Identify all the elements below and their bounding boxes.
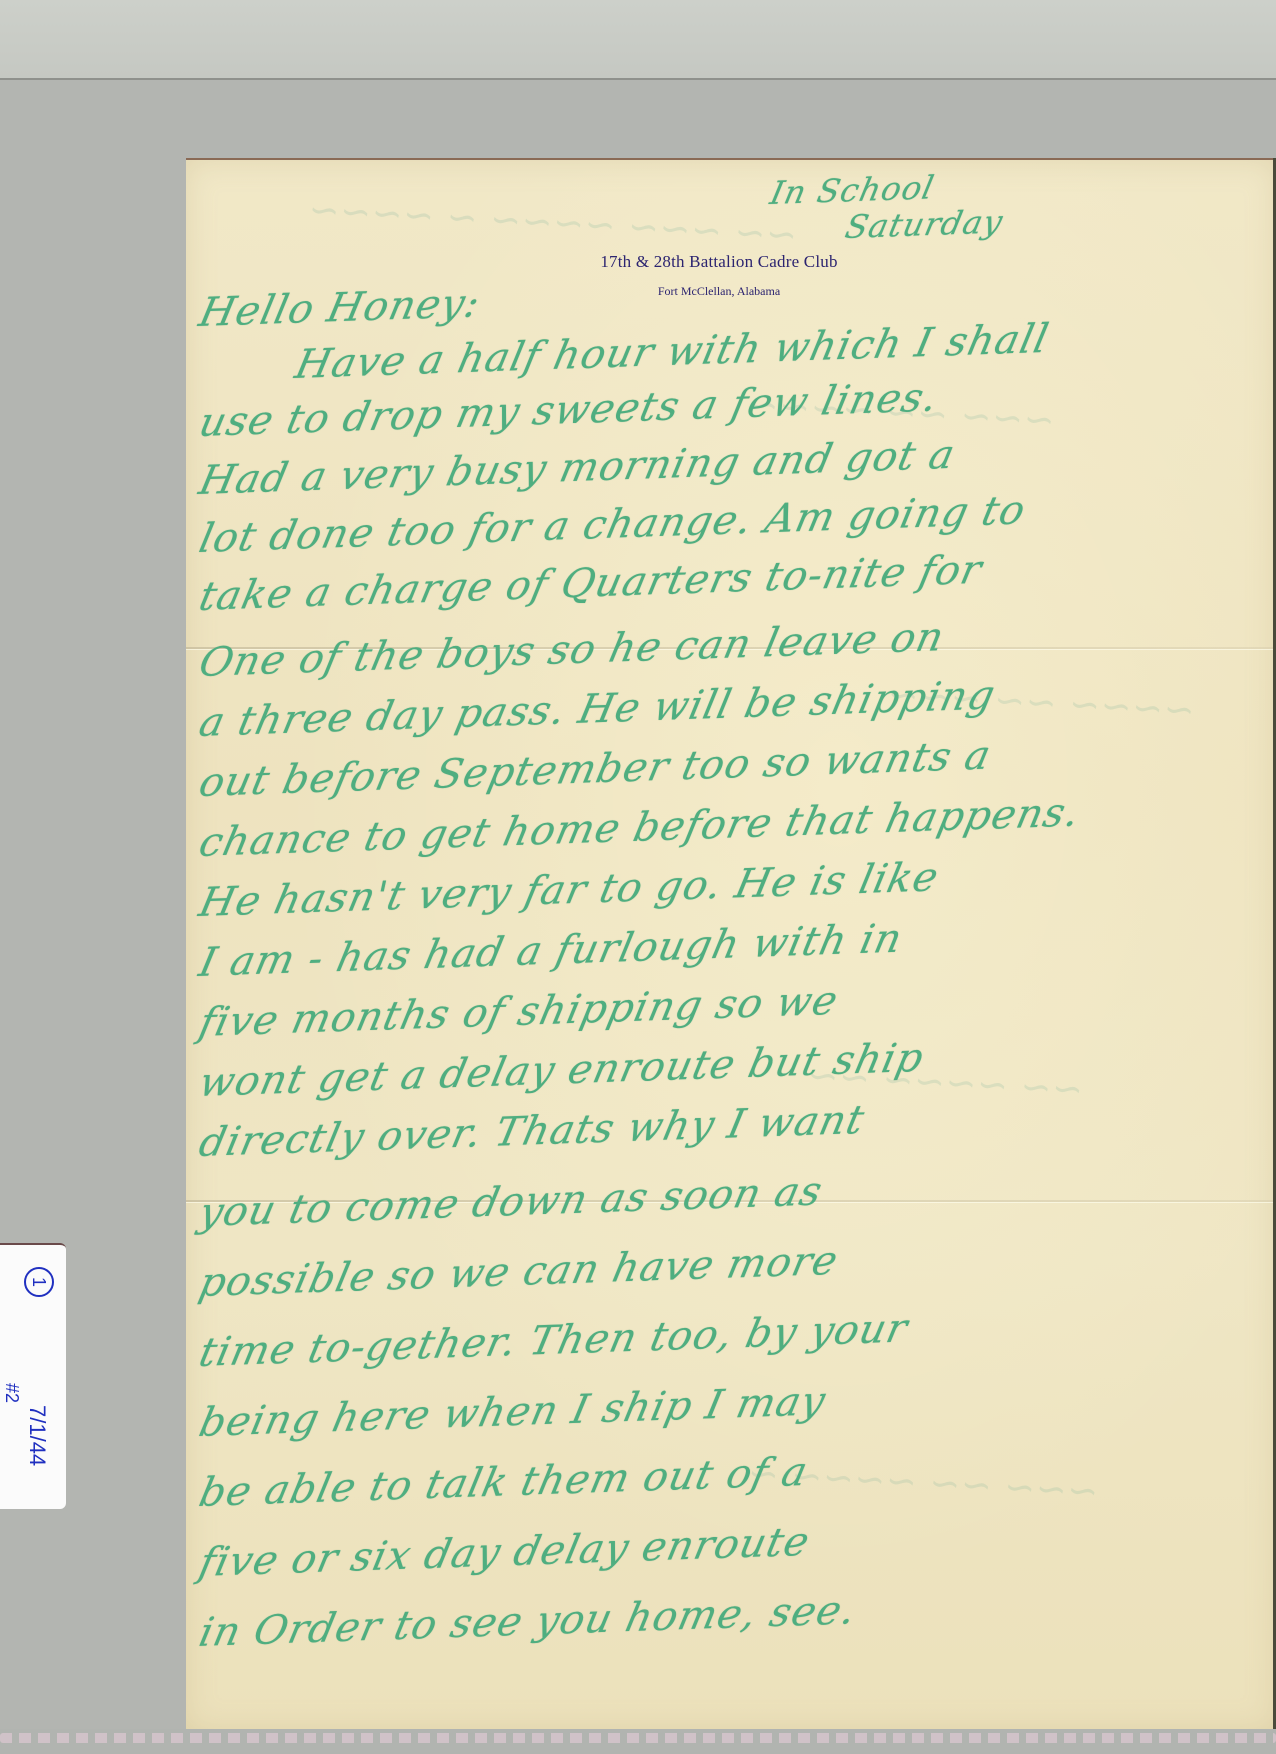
archive-date: 7/1/44 xyxy=(24,1405,50,1466)
letter-line: being here when I ship I may xyxy=(195,1378,830,1446)
header-day: Saturday xyxy=(842,203,1007,246)
archive-label-card: 1 7/1/44 #2 xyxy=(0,1243,66,1509)
letter-line: One of the boys so he can leave on xyxy=(195,614,948,686)
page-number: 1 xyxy=(24,1267,54,1297)
letter-line: a three day pass. He will be shipping xyxy=(195,673,1000,746)
letter-line: I am - has had a furlough with in xyxy=(195,916,907,986)
letter-line: be able to talk them out of a xyxy=(195,1449,812,1516)
scanner-top-band xyxy=(0,0,1276,80)
letter-line: five or six day delay enroute xyxy=(195,1519,814,1586)
sleeve-perforations xyxy=(0,1733,1276,1743)
letter-line: He hasn't very far to go. He is like xyxy=(195,854,943,926)
letter-page: ~~ ~~~ ~~~~ ~ ~~~~ ~~~ ~~ ~~~~ ~~~~ ~~ ~… xyxy=(186,158,1276,1731)
letterhead-title: 17th & 28th Battalion Cadre Club xyxy=(174,252,1264,272)
salutation: Hello Honey: xyxy=(195,280,485,336)
archive-item-number: #2 xyxy=(1,1383,22,1403)
letter-line: in Order to see you home, see. xyxy=(195,1587,860,1656)
letter-line: take a charge of Quarters to-nite for xyxy=(195,547,986,620)
letter-line: directly over. Thats why I want xyxy=(195,1097,869,1166)
letter-line: out before September too so wants a xyxy=(195,733,995,806)
letter-line: time to-gether. Then too, by your xyxy=(195,1306,912,1376)
letter-line: you to come down as soon as xyxy=(195,1168,827,1236)
letter-line: possible so we can have more xyxy=(195,1238,842,1306)
letter-line: five months of shipping so we xyxy=(195,978,842,1046)
page-number-badge: 1 xyxy=(24,1267,54,1297)
bleed-through: ~~ ~~~ ~~~~ ~ ~~~~ xyxy=(304,187,803,257)
